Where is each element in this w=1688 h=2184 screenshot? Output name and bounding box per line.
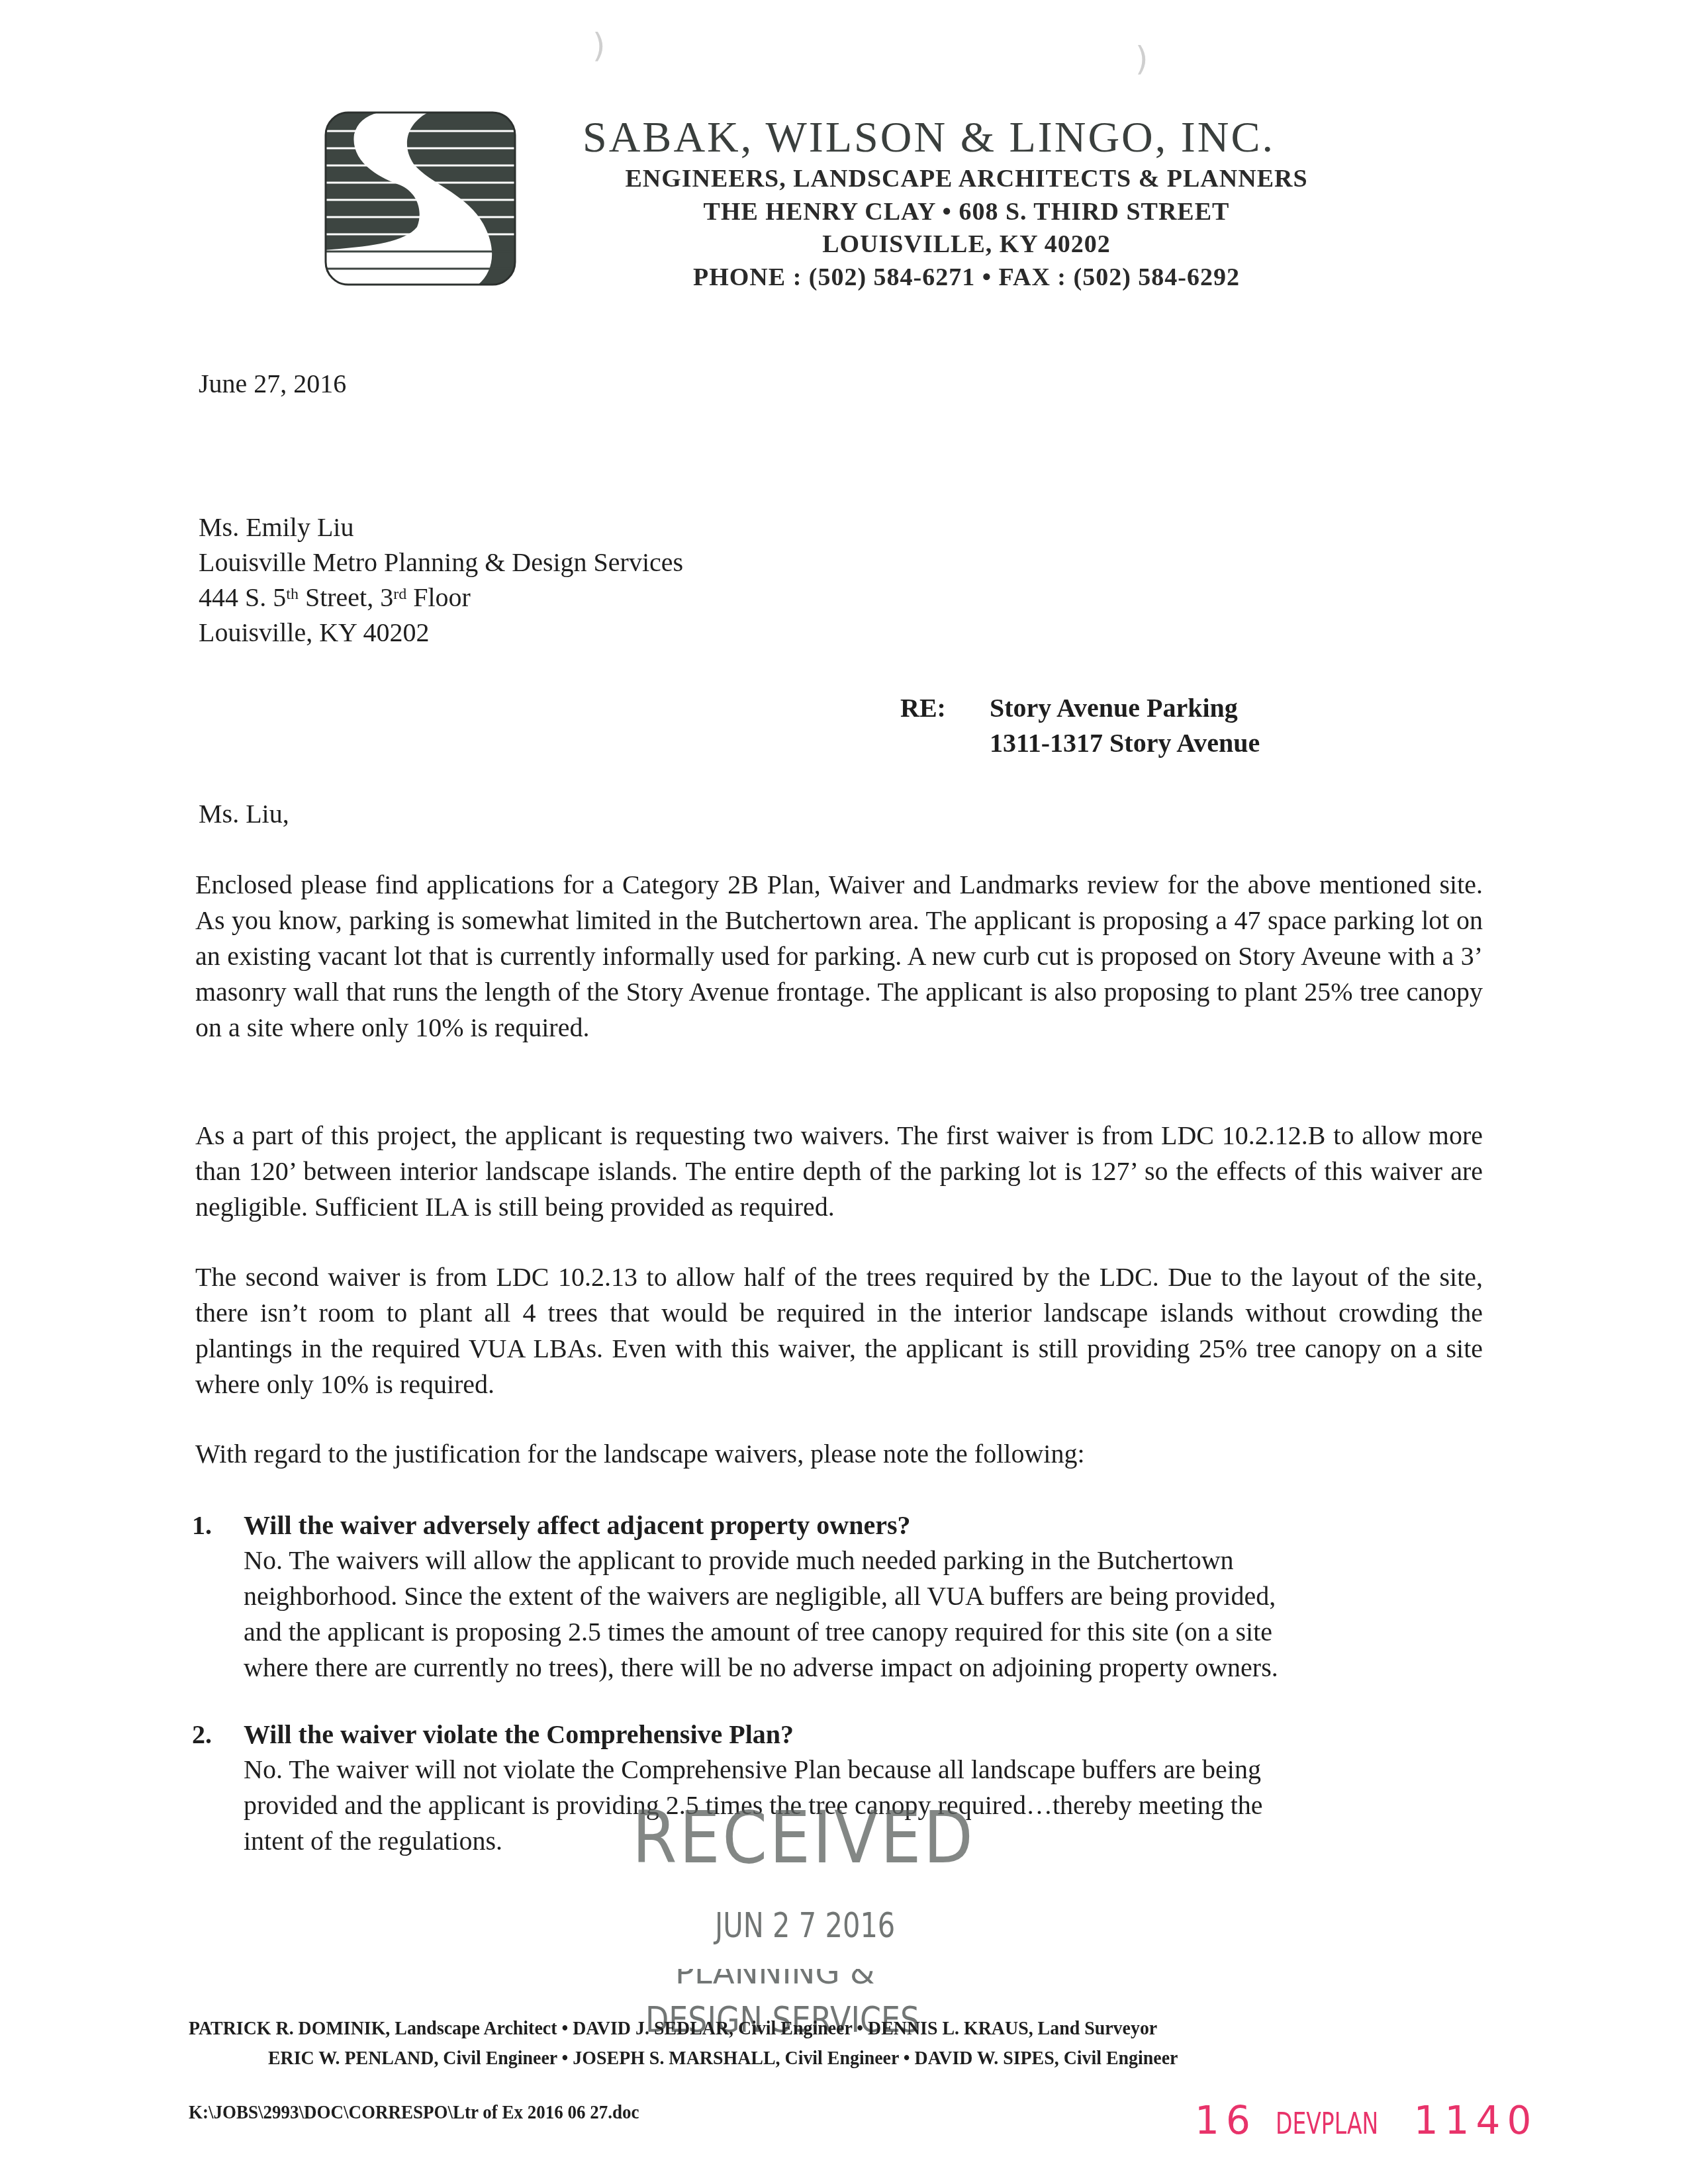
- company-contact: PHONE : (502) 584-6271 • FAX : (502) 584…: [583, 263, 1350, 292]
- recipient-name: Ms. Emily Liu: [199, 510, 683, 545]
- recipient-organization: Louisville Metro Planning & Design Servi…: [199, 545, 683, 580]
- case-year: 16: [1195, 2098, 1257, 2143]
- s-stripes-logo-icon: [324, 111, 516, 286]
- case-number-stamp: 16 DEVPLAN 1140: [1195, 2098, 1538, 2143]
- recipient-street: 444 S. 5th Street, 3rd Floor: [199, 580, 683, 615]
- body-paragraph: As a part of this project, the applicant…: [195, 1118, 1483, 1225]
- file-path: K:\JOBS\2993\DOC\CORRESPO\Ltr of Ex 2016…: [189, 2101, 639, 2124]
- item-number: 1.: [192, 1510, 212, 1541]
- scan-mark: ): [1135, 40, 1149, 78]
- scan-mark: ): [592, 26, 606, 65]
- received-stamp-line1: PLANNING &: [675, 1969, 874, 1989]
- recipient-city: Louisville, KY 40202: [199, 615, 683, 650]
- letter-date: June 27, 2016: [199, 366, 346, 401]
- received-stamp-date: JUN 2 7 2016: [715, 1906, 895, 1946]
- item-question: Will the waiver adversely affect adjacen…: [244, 1510, 911, 1541]
- received-stamp-title: RECEIVED: [632, 1797, 975, 1880]
- salutation: Ms. Liu,: [199, 796, 289, 831]
- item-number: 2.: [192, 1719, 212, 1750]
- company-city: LOUISVILLE, KY 40202: [583, 230, 1350, 259]
- company-name: SABAK, WILSON & LINGO, INC.: [583, 113, 1350, 163]
- company-address: THE HENRY CLAY • 608 S. THIRD STREET: [583, 197, 1350, 226]
- footer-staff-line-1: PATRICK R. DOMINIK, Landscape Architect …: [189, 2017, 1157, 2040]
- recipient-block: Ms. Emily Liu Louisville Metro Planning …: [199, 510, 683, 650]
- case-type: DEVPLAN: [1276, 2107, 1375, 2141]
- re-line-2: 1311-1317 Story Avenue: [990, 725, 1260, 760]
- case-number: 1140: [1414, 2098, 1538, 2143]
- footer-staff-line-2: ERIC W. PENLAND, Civil Engineer • JOSEPH…: [268, 2047, 1178, 2070]
- body-paragraph: With regard to the justification for the…: [195, 1436, 1483, 1472]
- re-line-1: Story Avenue Parking: [990, 690, 1238, 725]
- re-label: RE:: [900, 690, 946, 725]
- item-answer: No. The waivers will allow the applicant…: [244, 1543, 1435, 1686]
- company-tagline: ENGINEERS, LANDSCAPE ARCHITECTS & PLANNE…: [583, 164, 1350, 193]
- body-paragraph: Enclosed please find applications for a …: [195, 867, 1483, 1046]
- item-question: Will the waiver violate the Comprehensiv…: [244, 1719, 794, 1750]
- body-paragraph: The second waiver is from LDC 10.2.13 to…: [195, 1259, 1483, 1402]
